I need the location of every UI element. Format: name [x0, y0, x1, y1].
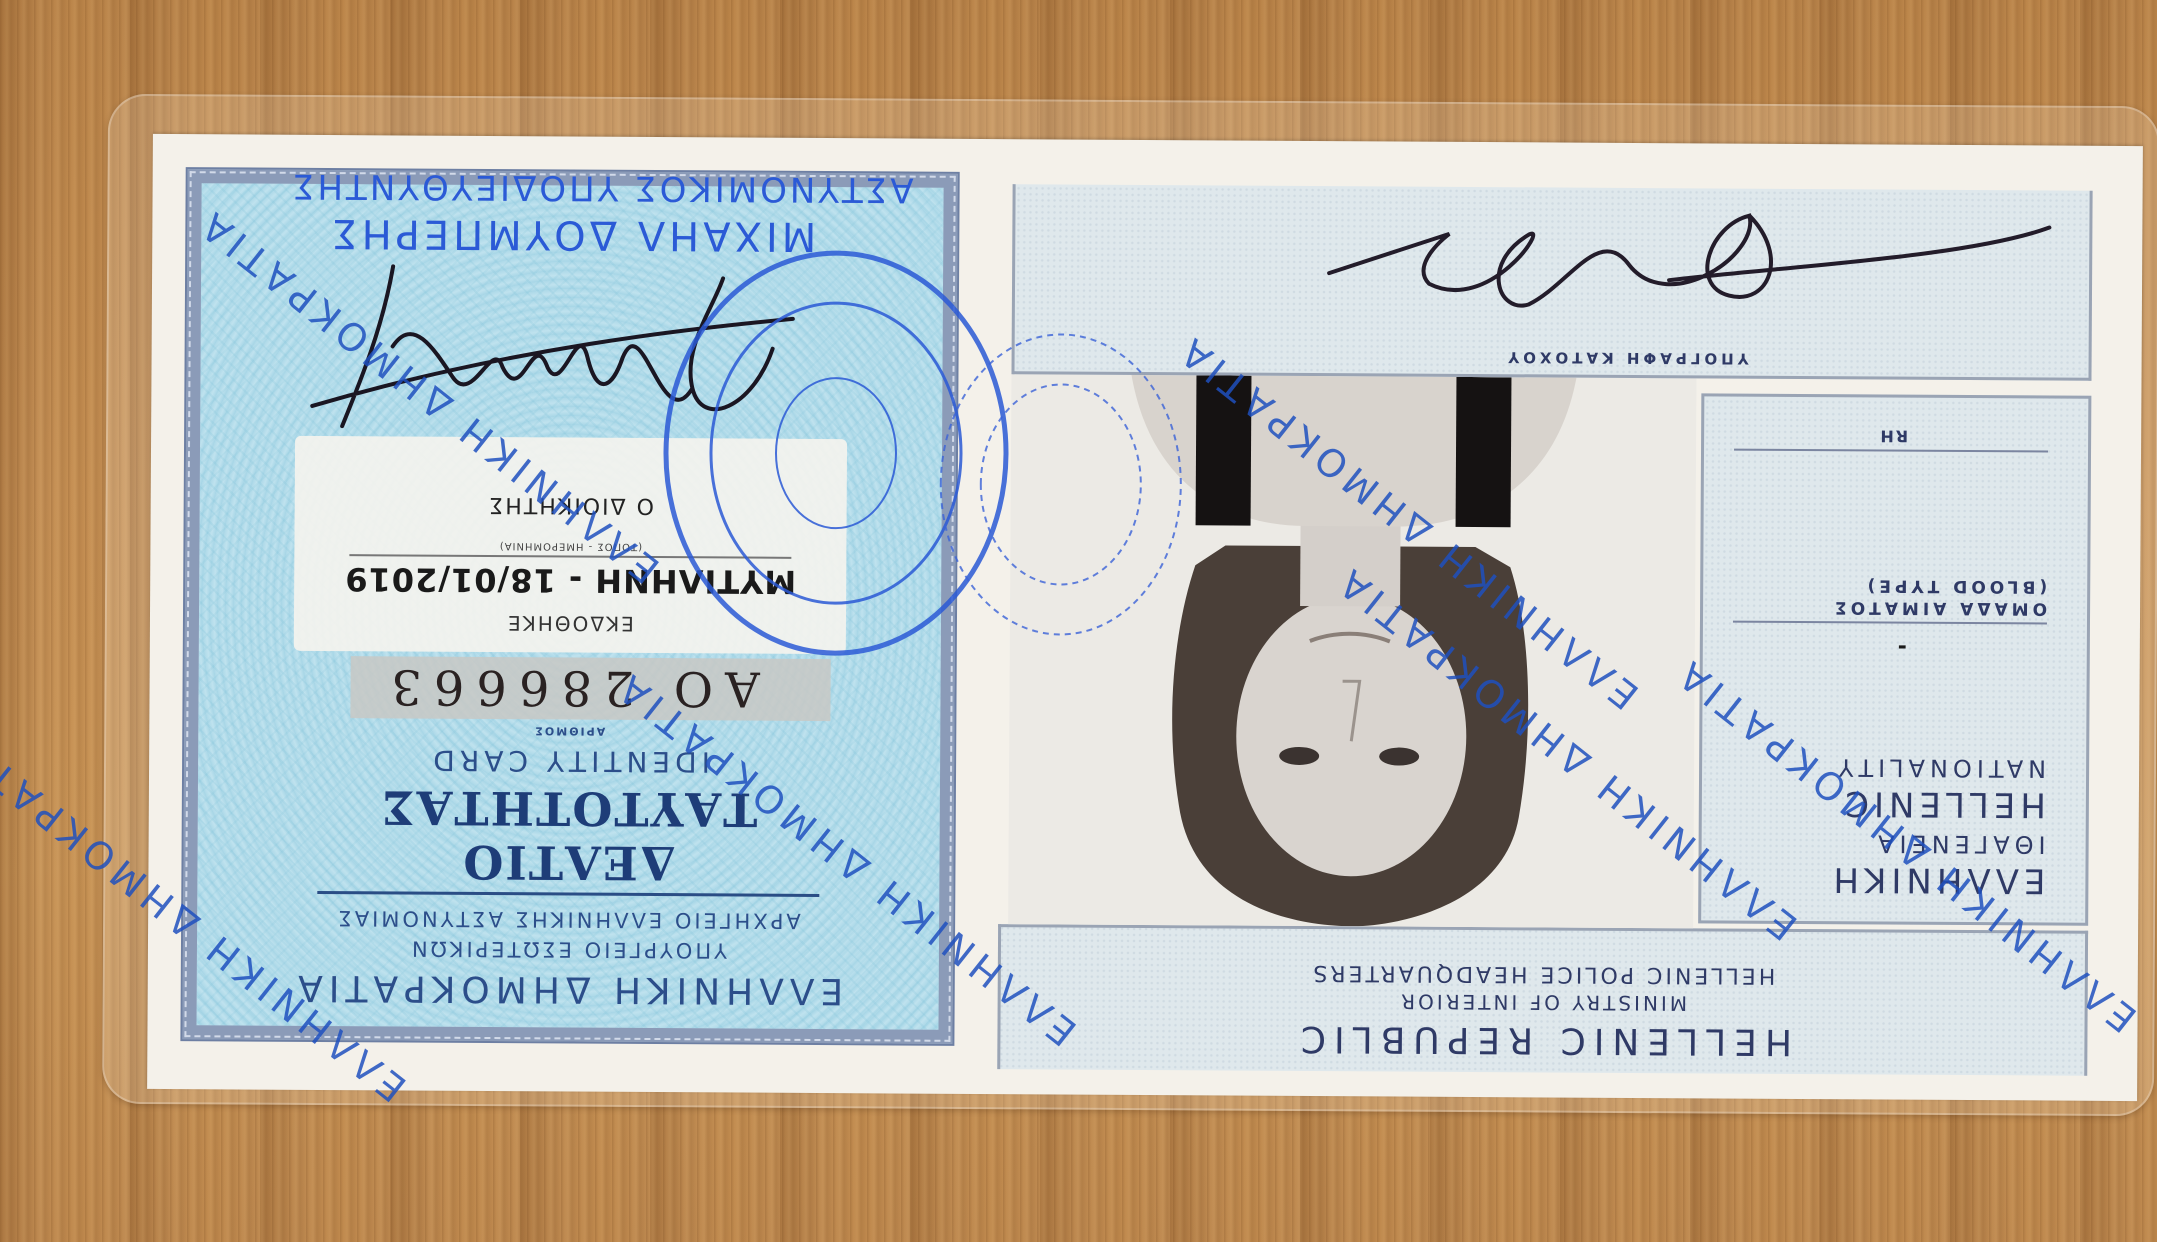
identity-card: ΕΛΛΗΝΙΚΗ ΔΗΜΟΚΡΑΤΙΑ ΥΠΟΥΡΓΕΙΟ ΕΣΩΤΕΡΙΚΩΝ…	[147, 134, 2143, 1101]
holder-signature-icon	[1009, 181, 2090, 378]
issuer-line-ministry: ΥΠΟΥΡΓΕΙΟ ΕΣΩΤΕΡΙΚΩΝ	[197, 935, 939, 964]
divider	[1733, 621, 2047, 625]
blood-type-label-en: (BLOOD TYPE)	[1864, 575, 2048, 596]
card-title-line2: ΤΑΥΤΟΤΗΤΑΣ	[198, 779, 940, 838]
header-ministry: MINISTRY OF INTERIOR	[1001, 987, 2085, 1018]
nationality-value-en: HELLENIC	[1840, 783, 2046, 824]
officer-title: ΑΣΤΥΝΟΜΙΚΟΣ ΥΠΟΔΙΕΥΘΥΝΤΗΣ	[290, 166, 914, 210]
holder-signature-box: ΥΠΟΓΡΑΦΗ ΚΑΤΟΧΟΥ	[1011, 184, 2092, 381]
holder-info-column: ΕΛΛΗΝΙΚΗ ΙΘΑΓΕΝΕΙΑ HELLENIC NATIONALITY …	[1698, 393, 2091, 925]
nationality-label-en: NATIONALITY	[1834, 753, 2046, 782]
issuer-line-republic: ΕΛΛΗΝΙΚΗ ΔΗΜΟΚΡΑΤΙΑ	[197, 966, 939, 1012]
header-republic: HELLENIC REPUBLIC	[1000, 1016, 2084, 1064]
rh-label: RH	[1878, 426, 1908, 445]
issue-place-date: ΜΥΤΙΛΗΝΗ - 18/01/2019	[199, 559, 941, 602]
officer-name: ΜΙΧΑΗΛ ΔΟΥΜΠΕΡΗΣ	[201, 209, 943, 260]
person-portrait-icon	[1008, 374, 1696, 928]
officer-signature-icon	[292, 236, 813, 469]
authority-label: Ο ΔΙΟΙΚΗΤΗΣ	[200, 490, 942, 520]
card-front-left-panel: ΕΛΛΗΝΙΚΗ ΔΗΜΟΚΡΑΤΙΑ ΥΠΟΥΡΓΕΙΟ ΕΣΩΤΕΡΙΚΩΝ…	[182, 169, 957, 1044]
card-front-right-panel: HELLENIC REPUBLIC MINISTRY OF INTERIOR H…	[987, 184, 2102, 1076]
card-title-english: IDENTITY CARD	[198, 742, 940, 780]
divider	[317, 891, 819, 897]
card-title-line1: ΔΕΛΤΙΟ	[197, 833, 939, 892]
issued-label: ΕΚΔΟΘΗΚΕ	[199, 609, 941, 638]
nationality-value-gr: ΕΛΛΗΝΙΚΗ	[1828, 859, 2045, 900]
nationality-label-gr: ΙΘΑΓΕΝΕΙΑ	[1873, 829, 2046, 858]
blood-type-value: -	[1898, 635, 1907, 660]
holder-photo	[1008, 374, 1696, 928]
card-number: ΑΟ 286663	[198, 657, 940, 718]
divider	[1734, 449, 2048, 453]
issuer-header: HELLENIC REPUBLIC MINISTRY OF INTERIOR H…	[997, 924, 2088, 1076]
header-police: HELLENIC POLICE HEADQUARTERS	[1001, 958, 2085, 990]
issuer-line-police: ΑΡΧΗΓΕΙΟ ΕΛΛΗΝΙΚΗΣ ΑΣΤΥΝΟΜΙΑΣ	[197, 905, 939, 934]
card-number-label: ΑΡΙΘΜΟΣ	[198, 722, 940, 740]
blood-type-label-gr: ΟΜΑΔΑ ΑΙΜΑΤΟΣ	[1831, 597, 2047, 618]
